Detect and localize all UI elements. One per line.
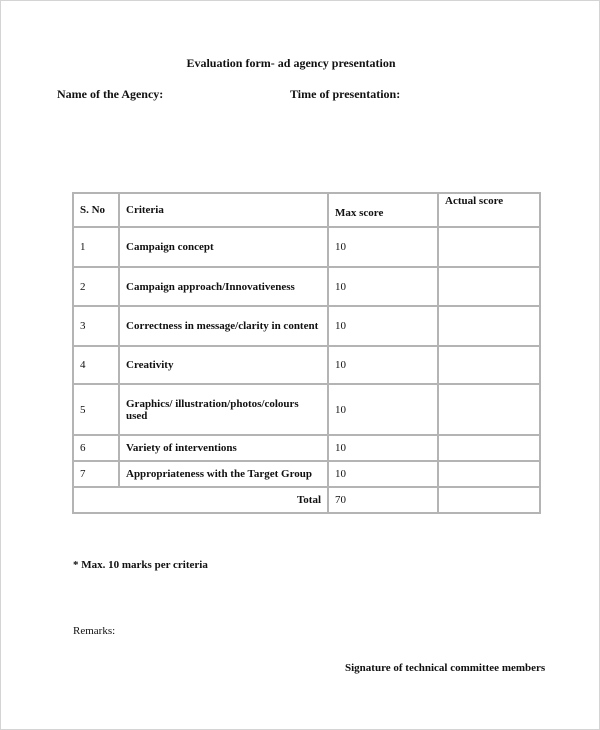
table-row: 5 Graphics/ illustration/photos/colours … [73,384,540,435]
table-row: 6 Variety of interventions 10 [73,435,540,461]
table-row: 4 Creativity 10 [73,346,540,384]
actual-score-cell[interactable] [438,461,540,487]
max-score-cell: 10 [328,267,438,306]
actual-score-cell[interactable] [438,306,540,346]
table-row: 3 Correctness in message/clarity in cont… [73,306,540,346]
actual-score-cell[interactable] [438,384,540,435]
max-score-cell: 10 [328,461,438,487]
criteria-cell: Campaign concept [119,227,328,267]
max-score-cell: 10 [328,306,438,346]
sno-cell: 4 [73,346,119,384]
table-total-row: Total 70 [73,487,540,513]
header-max-score: Max score [328,193,438,227]
total-max-score: 70 [328,487,438,513]
max-marks-note: * Max. 10 marks per criteria [73,559,208,571]
table-row: 2 Campaign approach/Innovativeness 10 [73,267,540,306]
document-page: Evaluation form- ad agency presentation … [0,0,600,730]
remarks-label: Remarks: [73,625,115,637]
sno-cell: 1 [73,227,119,267]
agency-name-label: Name of the Agency: [57,87,163,102]
sno-cell: 6 [73,435,119,461]
header-sno: S. No [73,193,119,227]
actual-score-cell[interactable] [438,267,540,306]
actual-score-cell[interactable] [438,435,540,461]
signature-label: Signature of technical committee members [345,662,545,674]
actual-score-cell[interactable] [438,346,540,384]
table-row: 1 Campaign concept 10 [73,227,540,267]
table-header-row: S. No Criteria Max score Actual score [73,193,540,227]
sno-cell: 2 [73,267,119,306]
sno-cell: 3 [73,306,119,346]
total-actual-score[interactable] [438,487,540,513]
criteria-cell: Variety of interventions [119,435,328,461]
criteria-cell: Campaign approach/Innovativeness [119,267,328,306]
criteria-cell: Creativity [119,346,328,384]
max-score-cell: 10 [328,384,438,435]
criteria-cell: Graphics/ illustration/photos/colours us… [119,384,328,435]
max-score-cell: 10 [328,435,438,461]
table-row: 7 Appropriateness with the Target Group … [73,461,540,487]
form-title: Evaluation form- ad agency presentation [1,56,581,71]
max-score-cell: 10 [328,346,438,384]
actual-score-cell[interactable] [438,227,540,267]
presentation-time-label: Time of presentation: [290,87,400,102]
total-label: Total [73,487,328,513]
evaluation-table: S. No Criteria Max score Actual score 1 … [72,192,541,514]
max-score-cell: 10 [328,227,438,267]
sno-cell: 7 [73,461,119,487]
header-actual-score: Actual score [438,193,540,227]
header-criteria: Criteria [119,193,328,227]
criteria-cell: Appropriateness with the Target Group [119,461,328,487]
criteria-cell: Correctness in message/clarity in conten… [119,306,328,346]
sno-cell: 5 [73,384,119,435]
